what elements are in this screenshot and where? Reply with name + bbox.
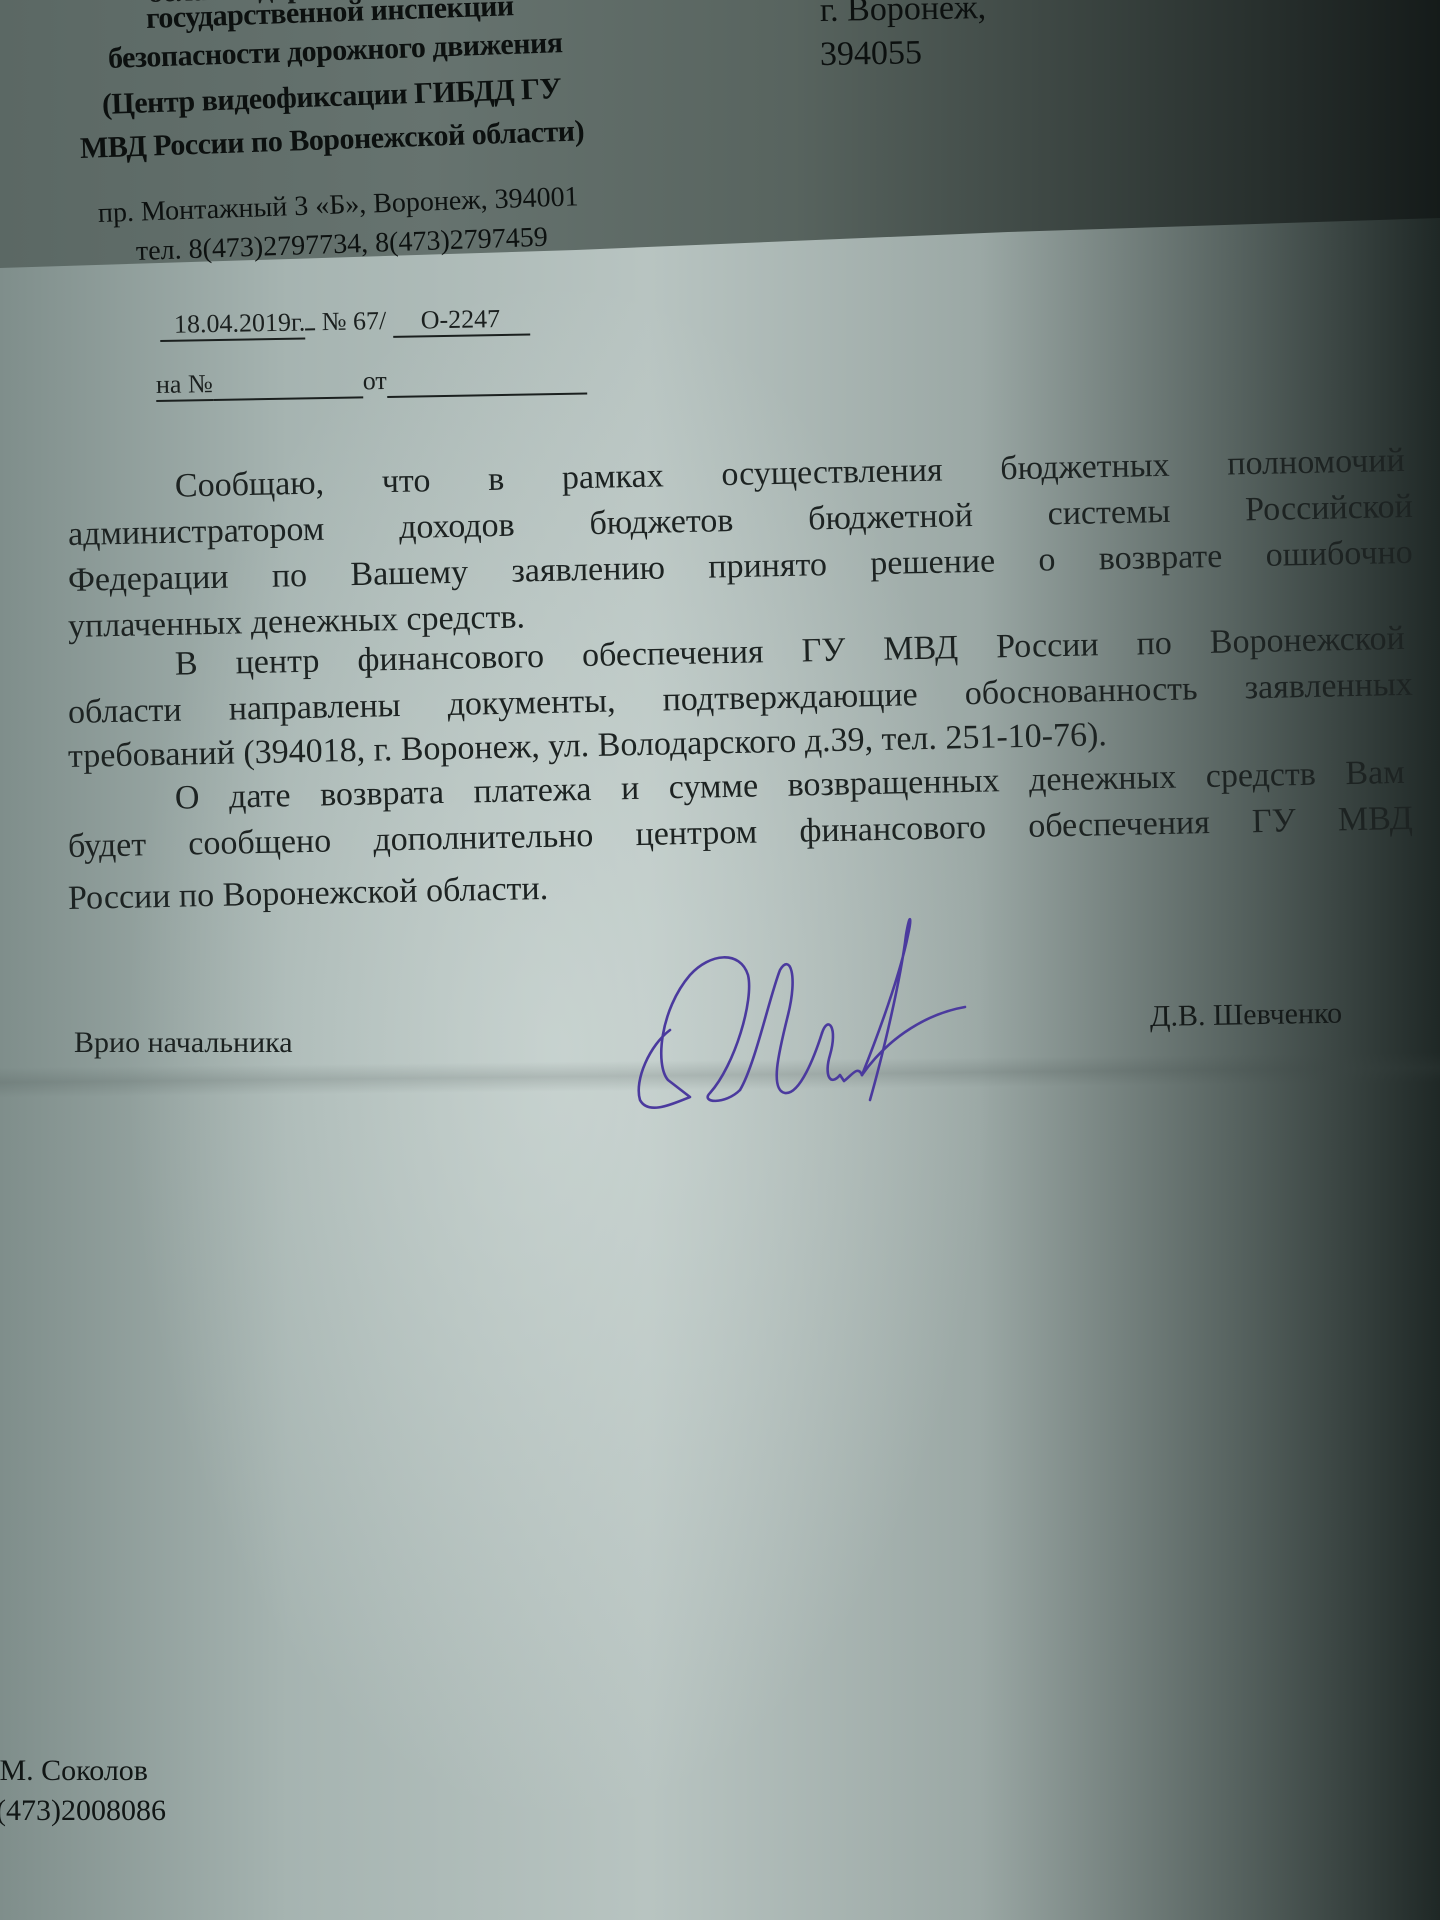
recipient-postcode: 394055 [820, 34, 923, 74]
reference-number: О-2247 [392, 305, 530, 338]
signatory-name: Д.В. Шевченко [1150, 997, 1343, 1034]
reference-number-prefix: № 67/ [321, 306, 386, 336]
from-label: от [362, 366, 387, 395]
reference-line: 18.04.2019г. № 67/ О-2247 [160, 304, 531, 342]
executor-phone: (473)2008086 [0, 1794, 166, 1828]
from-date-blank [387, 370, 587, 397]
recipient-city: г. Воронеж, [820, 0, 987, 30]
reply-to-label: на № [156, 370, 213, 402]
executor-name: .М. Соколов [0, 1754, 148, 1788]
reference-date: 18.04.2019г. [160, 308, 306, 341]
handwritten-signature [630, 915, 1050, 1115]
signatory-position: Врио начальника [74, 1026, 293, 1060]
reply-to-number-blank [213, 374, 363, 401]
